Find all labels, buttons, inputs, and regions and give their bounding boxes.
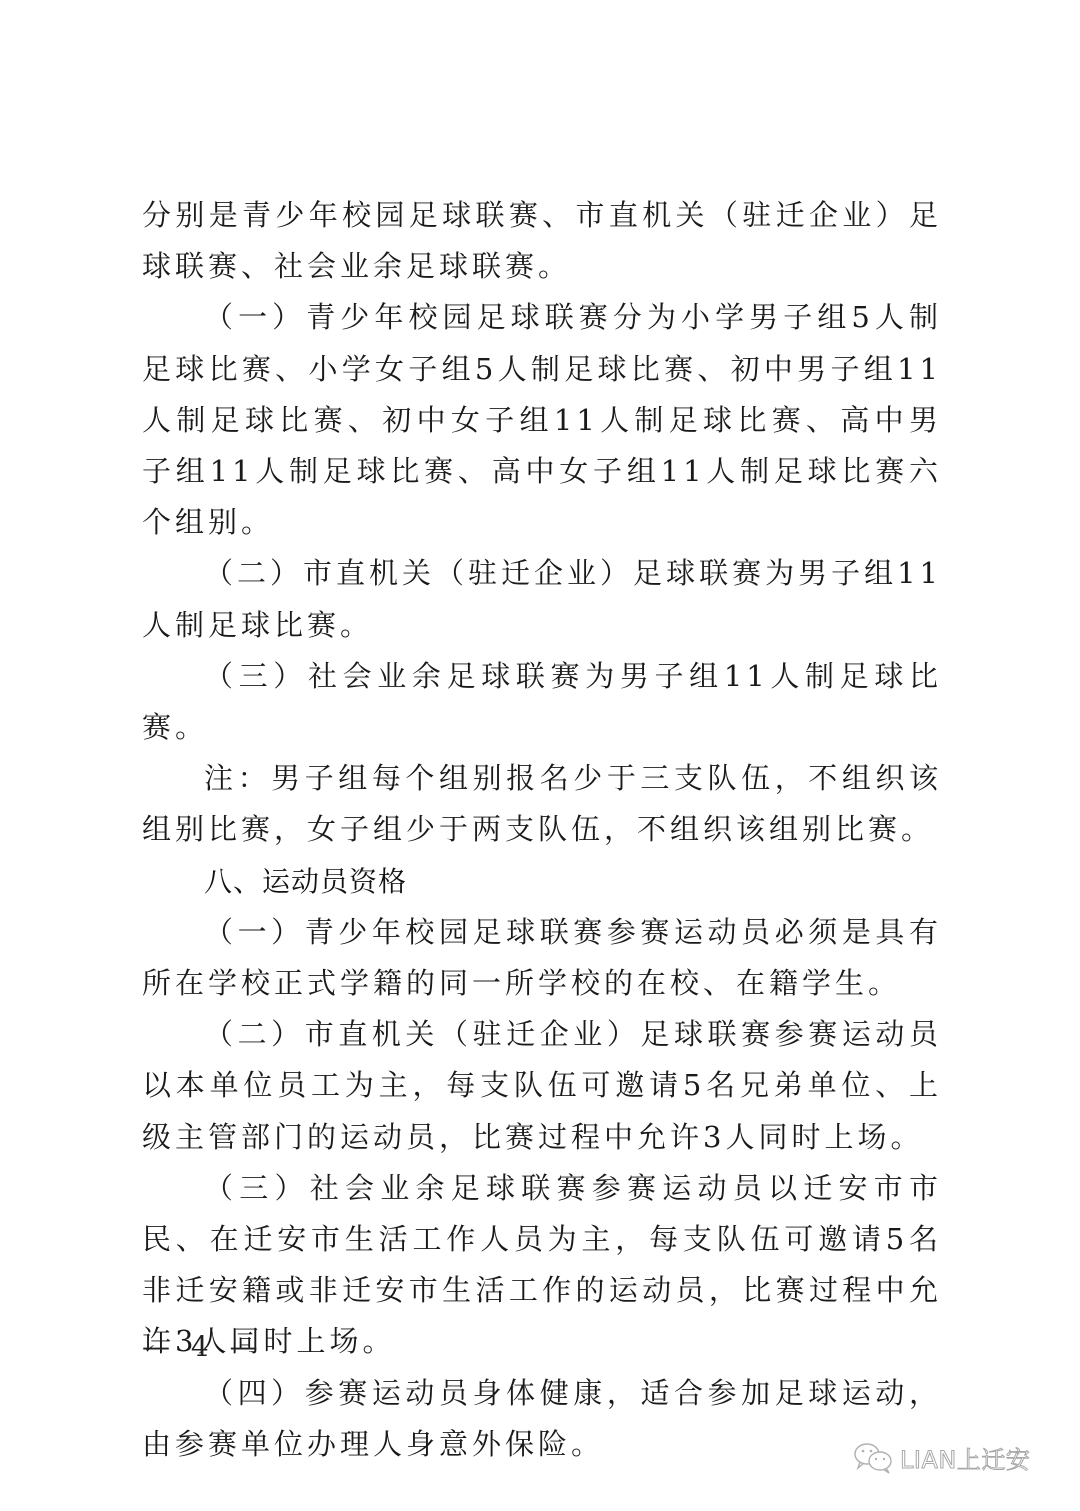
watermark-text: LIAN上迁安 — [900, 1440, 1030, 1475]
paragraph-municipal-league: （二）市直机关（驻迁企业）足球联赛为男子组11人制足球比赛。 — [142, 548, 942, 650]
paragraph-intro-continuation: 分别是青少年校园足球联赛、市直机关（驻迁企业）足球联赛、社会业余足球联赛。 — [142, 190, 942, 292]
paragraph-eligibility-youth: （一）青少年校园足球联赛参赛运动员必须是具有所在学校正式学籍的同一所学校的在校、… — [142, 907, 942, 1009]
watermark: LIAN上迁安 — [852, 1440, 1030, 1475]
wechat-icon — [852, 1441, 894, 1475]
paragraph-youth-league-groups: （一）青少年校园足球联赛分为小学男子组5人制足球比赛、小学女子组5人制足球比赛、… — [142, 292, 942, 548]
section-heading-athlete-eligibility: 八、运动员资格 — [142, 856, 942, 907]
paragraph-eligibility-health-insurance: （四）参赛运动员身体健康，适合参加足球运动，由参赛单位办理人身意外保险。 — [142, 1368, 942, 1470]
paragraph-note: 注：男子组每个组别报名少于三支队伍，不组织该组别比赛，女子组少于两支队伍，不组织… — [142, 753, 942, 855]
page-number: — 4 — — [142, 1330, 264, 1363]
document-page: 分别是青少年校园足球联赛、市直机关（驻迁企业）足球联赛、社会业余足球联赛。 （一… — [142, 190, 942, 1470]
paragraph-amateur-league: （三）社会业余足球联赛为男子组11人制足球比赛。 — [142, 651, 942, 753]
paragraph-eligibility-municipal: （二）市直机关（驻迁企业）足球联赛参赛运动员以本单位员工为主，每支队伍可邀请5名… — [142, 1009, 942, 1163]
